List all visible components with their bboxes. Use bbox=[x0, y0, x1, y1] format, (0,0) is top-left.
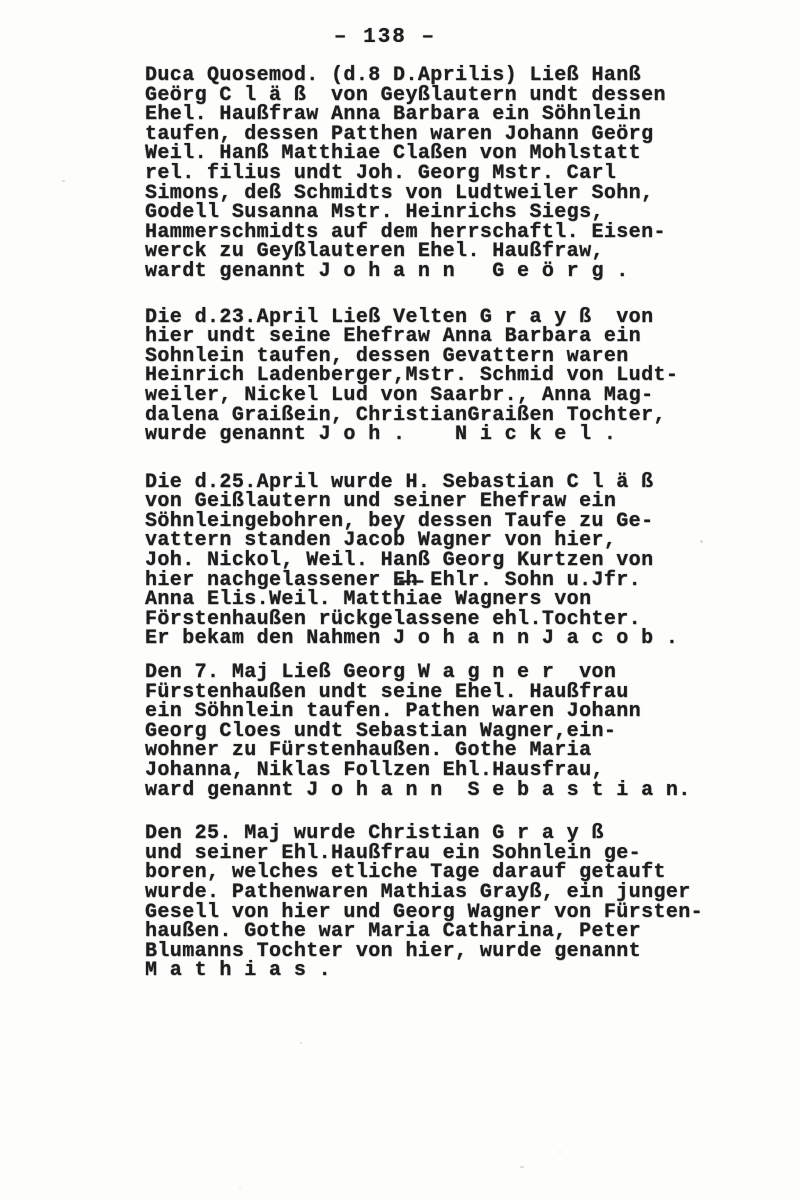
page-number: – 138 – bbox=[145, 26, 625, 49]
register-entry-baptism-joh-nickel: Die d.23.April Ließ Velten G r a y ß von… bbox=[145, 308, 765, 445]
scan-speck bbox=[520, 1166, 524, 1168]
register-entries: Duca Quosemod. (d.8 D.Aprilis) Ließ Hanß… bbox=[145, 66, 765, 981]
register-entry-baptism-johann-jacob: Die d.25.April wurde H. Sebastian C l ä … bbox=[145, 473, 765, 649]
register-entry-baptism-johann-sebastian: Den 7. Maj Ließ Georg W a g n e r von Fü… bbox=[145, 663, 765, 800]
scan-speck bbox=[300, 1042, 302, 1044]
scan-speck bbox=[62, 180, 65, 182]
register-entry-baptism-johann-georg: Duca Quosemod. (d.8 D.Aprilis) Ließ Hanß… bbox=[145, 66, 765, 282]
scanned-register-page: – 138 – Duca Quosemod. (d.8 D.Aprilis) L… bbox=[0, 0, 800, 1200]
register-entry-baptism-mathias: Den 25. Maj wurde Christian G r a y ß un… bbox=[145, 824, 765, 981]
